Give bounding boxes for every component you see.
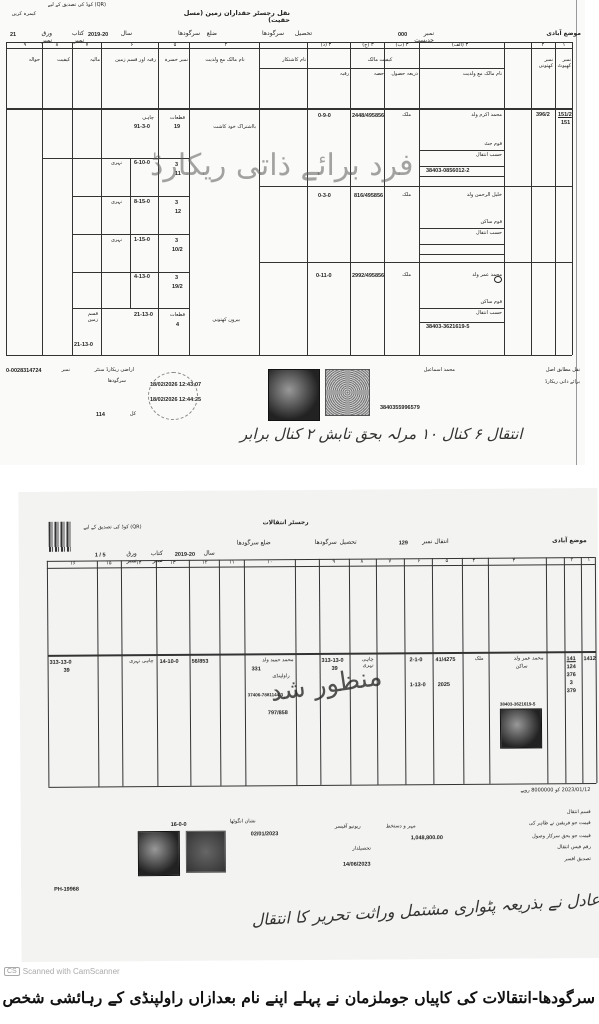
owner-3-name: محمد عمر ولد bbox=[424, 273, 502, 279]
plot-5-label: 3 bbox=[175, 275, 178, 281]
col-num-6: ۶ bbox=[125, 43, 139, 49]
b-col-6: ۶ bbox=[414, 559, 424, 565]
b-left-sub: 39 bbox=[64, 668, 70, 674]
b-col-15: ۱۵ bbox=[103, 561, 115, 567]
camscanner-watermark: CS Scanned with CamScanner bbox=[4, 967, 120, 976]
year-value: 2019-20 bbox=[88, 32, 108, 38]
b-date-1: 02/01/2023 bbox=[251, 831, 279, 837]
header-area: رقبہ bbox=[309, 72, 349, 78]
b-kind-2: چاہی نہری bbox=[126, 659, 154, 665]
b-khasra-total: 313-13-0 bbox=[322, 658, 344, 664]
bottom-book-label: کتاب نمبر bbox=[143, 551, 163, 565]
plot-3-area: 8-15-0 bbox=[134, 199, 150, 205]
cultivator-bottom: بیرون کھتونی bbox=[200, 318, 240, 324]
footer-count-label: کل bbox=[122, 412, 136, 418]
bottom-tehsil-label: تحصیل bbox=[339, 540, 357, 547]
footer-count-value: 114 bbox=[96, 412, 105, 418]
footer-center-value: سرگودھا bbox=[86, 379, 126, 385]
qr-note-bottom: (QR) کوڈ کی تصدیق کے لیے bbox=[74, 525, 142, 531]
b-area: 14-10-0 bbox=[160, 659, 179, 665]
plot-3-khasra: 12 bbox=[175, 209, 181, 215]
plot-6-khasra: 4 bbox=[176, 322, 179, 328]
owner-1-area: 0-9-0 bbox=[318, 113, 331, 119]
bottom-page-value: 1 / 5 bbox=[95, 552, 106, 558]
b-khewat: 141 bbox=[567, 656, 576, 662]
owner-2-caste: قوم ساکن bbox=[424, 220, 502, 226]
owner-3-caste: قوم ساکن bbox=[424, 300, 502, 306]
b-seller-cnic: 38403-3621619-5 bbox=[500, 701, 536, 706]
b-date-2: 14/06/2023 bbox=[343, 862, 371, 868]
b-item-21: قیمت جو بحق سرکار وصول bbox=[461, 834, 591, 841]
owner-1-share: 2448/495856 bbox=[352, 113, 384, 119]
bottom-tehsil-value: سرگودھا bbox=[315, 540, 337, 547]
bottom-record-sheet: (QR) کوڈ کی تصدیق کے لیے رجسٹر انتقالات … bbox=[18, 488, 599, 962]
b-officer-3: تحصیلدار bbox=[341, 847, 371, 853]
b-seller-sub-area: 1-13-0 bbox=[410, 682, 426, 688]
b-seller-sub-share: 2025 bbox=[438, 682, 450, 688]
owner-2-area: 0-3-0 bbox=[318, 193, 331, 199]
b-left-total: 313-13-0 bbox=[50, 660, 72, 666]
bottom-district-label: ضلع bbox=[259, 540, 271, 547]
year-label: سال bbox=[120, 31, 132, 38]
b-ref-left: PH-19968 bbox=[54, 887, 79, 893]
b-col-2: ۲ bbox=[567, 558, 577, 564]
col-num-3d: ۳ (د) bbox=[312, 43, 340, 49]
footer-ref-label: نمبر bbox=[50, 368, 70, 374]
thumbprint-icon bbox=[325, 369, 370, 416]
b-item-19: قسم انتقال bbox=[461, 810, 591, 817]
owner-1-cnic: 38403-0856012-2 bbox=[426, 168, 469, 174]
b-khewat-v3: 3 bbox=[570, 680, 573, 686]
b-buyer-name: محمد حمید ولد bbox=[248, 658, 294, 664]
plot-1-note: چاہی bbox=[132, 116, 154, 122]
qr-note-2: کیمرہ کریں bbox=[6, 12, 36, 18]
qr-note: (QR) کوڈ کی تصدیق کے لیے bbox=[6, 3, 106, 9]
bottom-title: رجسٹر انتقالات bbox=[259, 520, 309, 527]
footer-ref-number: 0-0028314724 bbox=[6, 368, 41, 374]
district-label: ضلع bbox=[205, 31, 217, 38]
header-source: ذریعہ حصول bbox=[386, 72, 418, 78]
header-land-type: رقبہ اور قسم زمین bbox=[104, 58, 156, 64]
footer-right-label-1: نقل مطابق اصل bbox=[530, 368, 580, 374]
plot-4-khasra: 10/2 bbox=[172, 247, 183, 253]
b-seller-area: 2-1-0 bbox=[410, 657, 423, 663]
col-num-9: ۹ bbox=[20, 43, 30, 49]
plot-6-kind: قسم زمین bbox=[76, 312, 98, 324]
hadbast-value: 000 bbox=[398, 32, 407, 38]
plot-1-khasra: 19 bbox=[174, 124, 180, 130]
b-item-23: تصدیق افسر bbox=[461, 857, 591, 864]
plot-2-area: 6-10-0 bbox=[134, 160, 150, 166]
footer-issuer: محمد اسماعیل bbox=[385, 368, 455, 374]
bottom-mauza-label: موضع آبادی bbox=[551, 538, 587, 545]
owner-1-name: محمد اکرم ولد bbox=[424, 113, 502, 119]
header-revenue: مالیہ bbox=[74, 58, 100, 64]
b-photo-caption: نشان انگوٹھا bbox=[216, 819, 256, 825]
owner-2-note: حسب انتقال bbox=[424, 231, 502, 237]
b-item-21-value: 1,048,800.00 bbox=[411, 835, 443, 841]
handwritten-note-bottom: مقرر عادل نے بذریعہ پٹواری مشتمل وراثت ت… bbox=[251, 888, 599, 930]
header-owner-name: نام مالک مع ولدیت bbox=[422, 72, 502, 78]
mauza-label: موضع آبادی bbox=[545, 31, 581, 38]
b-summary-note: 2023/01/12 کو 8000000 روپے bbox=[420, 788, 590, 795]
col-num-4: ۴ bbox=[216, 43, 236, 49]
owner-1-note: حسب انتقال bbox=[424, 153, 502, 159]
footer-center-label: اراضی ریکارڈ سنٹر bbox=[84, 368, 134, 374]
b-officer-2: مہر و دستخط bbox=[376, 824, 416, 830]
col-num-3a: ۳ (الف) bbox=[440, 43, 480, 49]
buyer-photo bbox=[138, 831, 180, 876]
b-col-11: ۱۱ bbox=[226, 560, 238, 566]
b-item-22: رقم فیس انتقال bbox=[461, 845, 591, 852]
b-seller-type: ملک bbox=[468, 657, 484, 663]
header-remarks: کیفیت bbox=[44, 58, 70, 64]
form-title: نقل رجسٹر حقداران زمین (مسل حقیت) bbox=[180, 10, 290, 25]
top-record-sheet: (QR) کوڈ کی تصدیق کے لیے کیمرہ کریں نقل … bbox=[0, 0, 585, 465]
col-num-1: ۱ bbox=[560, 43, 568, 49]
b-col-4: ۴ bbox=[469, 559, 479, 565]
plot-4-kind: نہری bbox=[108, 238, 122, 244]
b-seller-note: ساکن bbox=[508, 664, 528, 670]
footer-right-label-2: برائے ذاتی ریکارڈ bbox=[530, 380, 580, 386]
b-khewat-right: 1412 bbox=[584, 656, 596, 662]
column-group-owner: کیفیت مالک bbox=[360, 58, 400, 64]
b-col-14: ۱۴ bbox=[133, 561, 145, 567]
khewat-sub-number: 151 bbox=[561, 120, 570, 126]
b-col-3: ۳ bbox=[509, 559, 519, 565]
b-share: 56/853 bbox=[192, 659, 209, 665]
bottom-intiqal-label: انتقال نمبر bbox=[419, 539, 449, 546]
camscanner-text: Scanned with CamScanner bbox=[23, 967, 120, 976]
cultivator-name: بااشتراک خود کاشت bbox=[192, 125, 256, 131]
b-col-10: ۱۰ bbox=[264, 560, 276, 566]
b-col-12: ۱۲ bbox=[199, 561, 211, 567]
b-col-13: ۱۳ bbox=[167, 561, 179, 567]
khatoni-number: 396/2 bbox=[536, 112, 550, 118]
plot-6-label: قطعات bbox=[165, 313, 185, 319]
b-col-5: ۵ bbox=[442, 559, 452, 565]
header-khatoni: نمبر کھتونی bbox=[533, 58, 553, 70]
seller-photo bbox=[500, 708, 542, 748]
b-buyer-share: 797/858 bbox=[268, 710, 288, 716]
bottom-year-label: سال bbox=[203, 551, 215, 558]
overlay-approved: منظور شد bbox=[268, 662, 384, 708]
bottom-district-value: سرگودھا bbox=[239, 540, 259, 547]
khewat-number: 151/2 bbox=[558, 112, 572, 118]
tehsil-value: سرگودھا bbox=[262, 31, 284, 38]
owner-3-cnic: 38403-3621619-5 bbox=[426, 324, 469, 330]
owner-3-type: ملک bbox=[393, 273, 411, 279]
plot-5-khasra: 19/2 bbox=[172, 284, 183, 290]
qr-code[interactable] bbox=[49, 522, 71, 552]
col-num-3b: ۳ (ب) bbox=[388, 43, 416, 49]
plot-5-area: 4-13-0 bbox=[134, 274, 150, 280]
owner-photo bbox=[268, 369, 320, 421]
owner-1-caste: قوم جٹ bbox=[424, 142, 502, 148]
plot-1-label: قطعات bbox=[165, 116, 185, 122]
owner-3-share: 2992/495856 bbox=[352, 273, 384, 279]
plot-2-kind: نہری bbox=[108, 161, 122, 167]
plot-6-area: 21-13-0 bbox=[134, 312, 153, 318]
tehsil-label: تحصیل bbox=[282, 31, 312, 38]
plot-3-label: 3 bbox=[175, 200, 178, 206]
plot-1-area: 91-3-0 bbox=[134, 124, 150, 130]
b-photo-label: 16-0-0 bbox=[171, 822, 187, 828]
b-seller-share: 41/4275 bbox=[436, 657, 456, 663]
header-reference: حوالہ bbox=[8, 58, 40, 64]
district-value: سرگودھا bbox=[175, 31, 200, 38]
header-cultivator: نام کاشتکار bbox=[262, 58, 306, 64]
b-seller-name: محمد عمر ولد bbox=[492, 656, 544, 662]
b-col-16: ۱۶ bbox=[67, 562, 79, 568]
b-buyer-address: 331 bbox=[252, 666, 261, 672]
b-col-9: ۹ bbox=[329, 560, 339, 566]
bottom-intiqal-value: 129 bbox=[399, 540, 408, 546]
owner-2-name: خلیل الرحمن ولد bbox=[424, 193, 502, 199]
plot-3-kind: نہری bbox=[108, 200, 122, 206]
owner-2-share: 816/495856 bbox=[354, 193, 383, 199]
plot-4-label: 3 bbox=[175, 238, 178, 244]
b-khewat-v1: 124 bbox=[567, 664, 576, 670]
overlay-personal-record: فرد برائے ذاتی ریکارڈ bbox=[150, 148, 413, 183]
plot-total: 21-13-0 bbox=[74, 342, 93, 348]
header-share: حصہ bbox=[352, 72, 384, 78]
circle-mark bbox=[494, 276, 502, 283]
sheet-edge bbox=[576, 0, 577, 465]
b-col-1: ۱ bbox=[584, 558, 594, 564]
header-cultivator-name: نام مالک مع ولدیت bbox=[192, 58, 258, 64]
col-num-2: ۲ bbox=[536, 43, 550, 49]
col-num-5: ۵ bbox=[168, 43, 182, 49]
handwritten-note-top: انتقال ۶ کنال ۱۰ مرلہ بحق تابش ۲ کنال بر… bbox=[240, 425, 523, 443]
official-stamp bbox=[148, 372, 198, 420]
b-item-20: قیمت جو فریقین نے ظاہر کی bbox=[461, 821, 591, 828]
owner-3-note: حسب انتقال bbox=[424, 311, 502, 317]
news-caption: سرگودھا-انتقالات کی کاپیاں جوملزمان نے پ… bbox=[3, 988, 595, 1007]
b-col-8: ۸ bbox=[357, 560, 367, 566]
page-value: 21 bbox=[10, 32, 16, 38]
b-khewat-v4: 379 bbox=[567, 688, 576, 694]
b-officer-1: ریونیو آفیسر bbox=[321, 825, 361, 831]
bottom-year-value: 2019-20 bbox=[175, 552, 195, 558]
b-col-7: ۷ bbox=[385, 559, 395, 565]
footer-cnic: 3840355996579 bbox=[380, 405, 420, 411]
col-num-3c: ۳ (ج) bbox=[354, 43, 382, 49]
plot-4-area: 1-15-0 bbox=[134, 237, 150, 243]
col-num-7: ۷ bbox=[82, 43, 92, 49]
header-khewat: نمبر کھیوٹ bbox=[557, 58, 571, 70]
header-khasra: نمبر خسرہ bbox=[160, 58, 188, 64]
col-num-8: ۸ bbox=[52, 43, 62, 49]
owner-3-area: 0-11-0 bbox=[316, 273, 332, 279]
owner-1-type: ملک bbox=[393, 113, 411, 119]
camscanner-logo-icon: CS bbox=[4, 967, 20, 976]
b-khewat-v2: 376 bbox=[567, 672, 576, 678]
buyer-thumbprint-icon bbox=[186, 831, 226, 873]
owner-2-type: ملک bbox=[393, 193, 411, 199]
